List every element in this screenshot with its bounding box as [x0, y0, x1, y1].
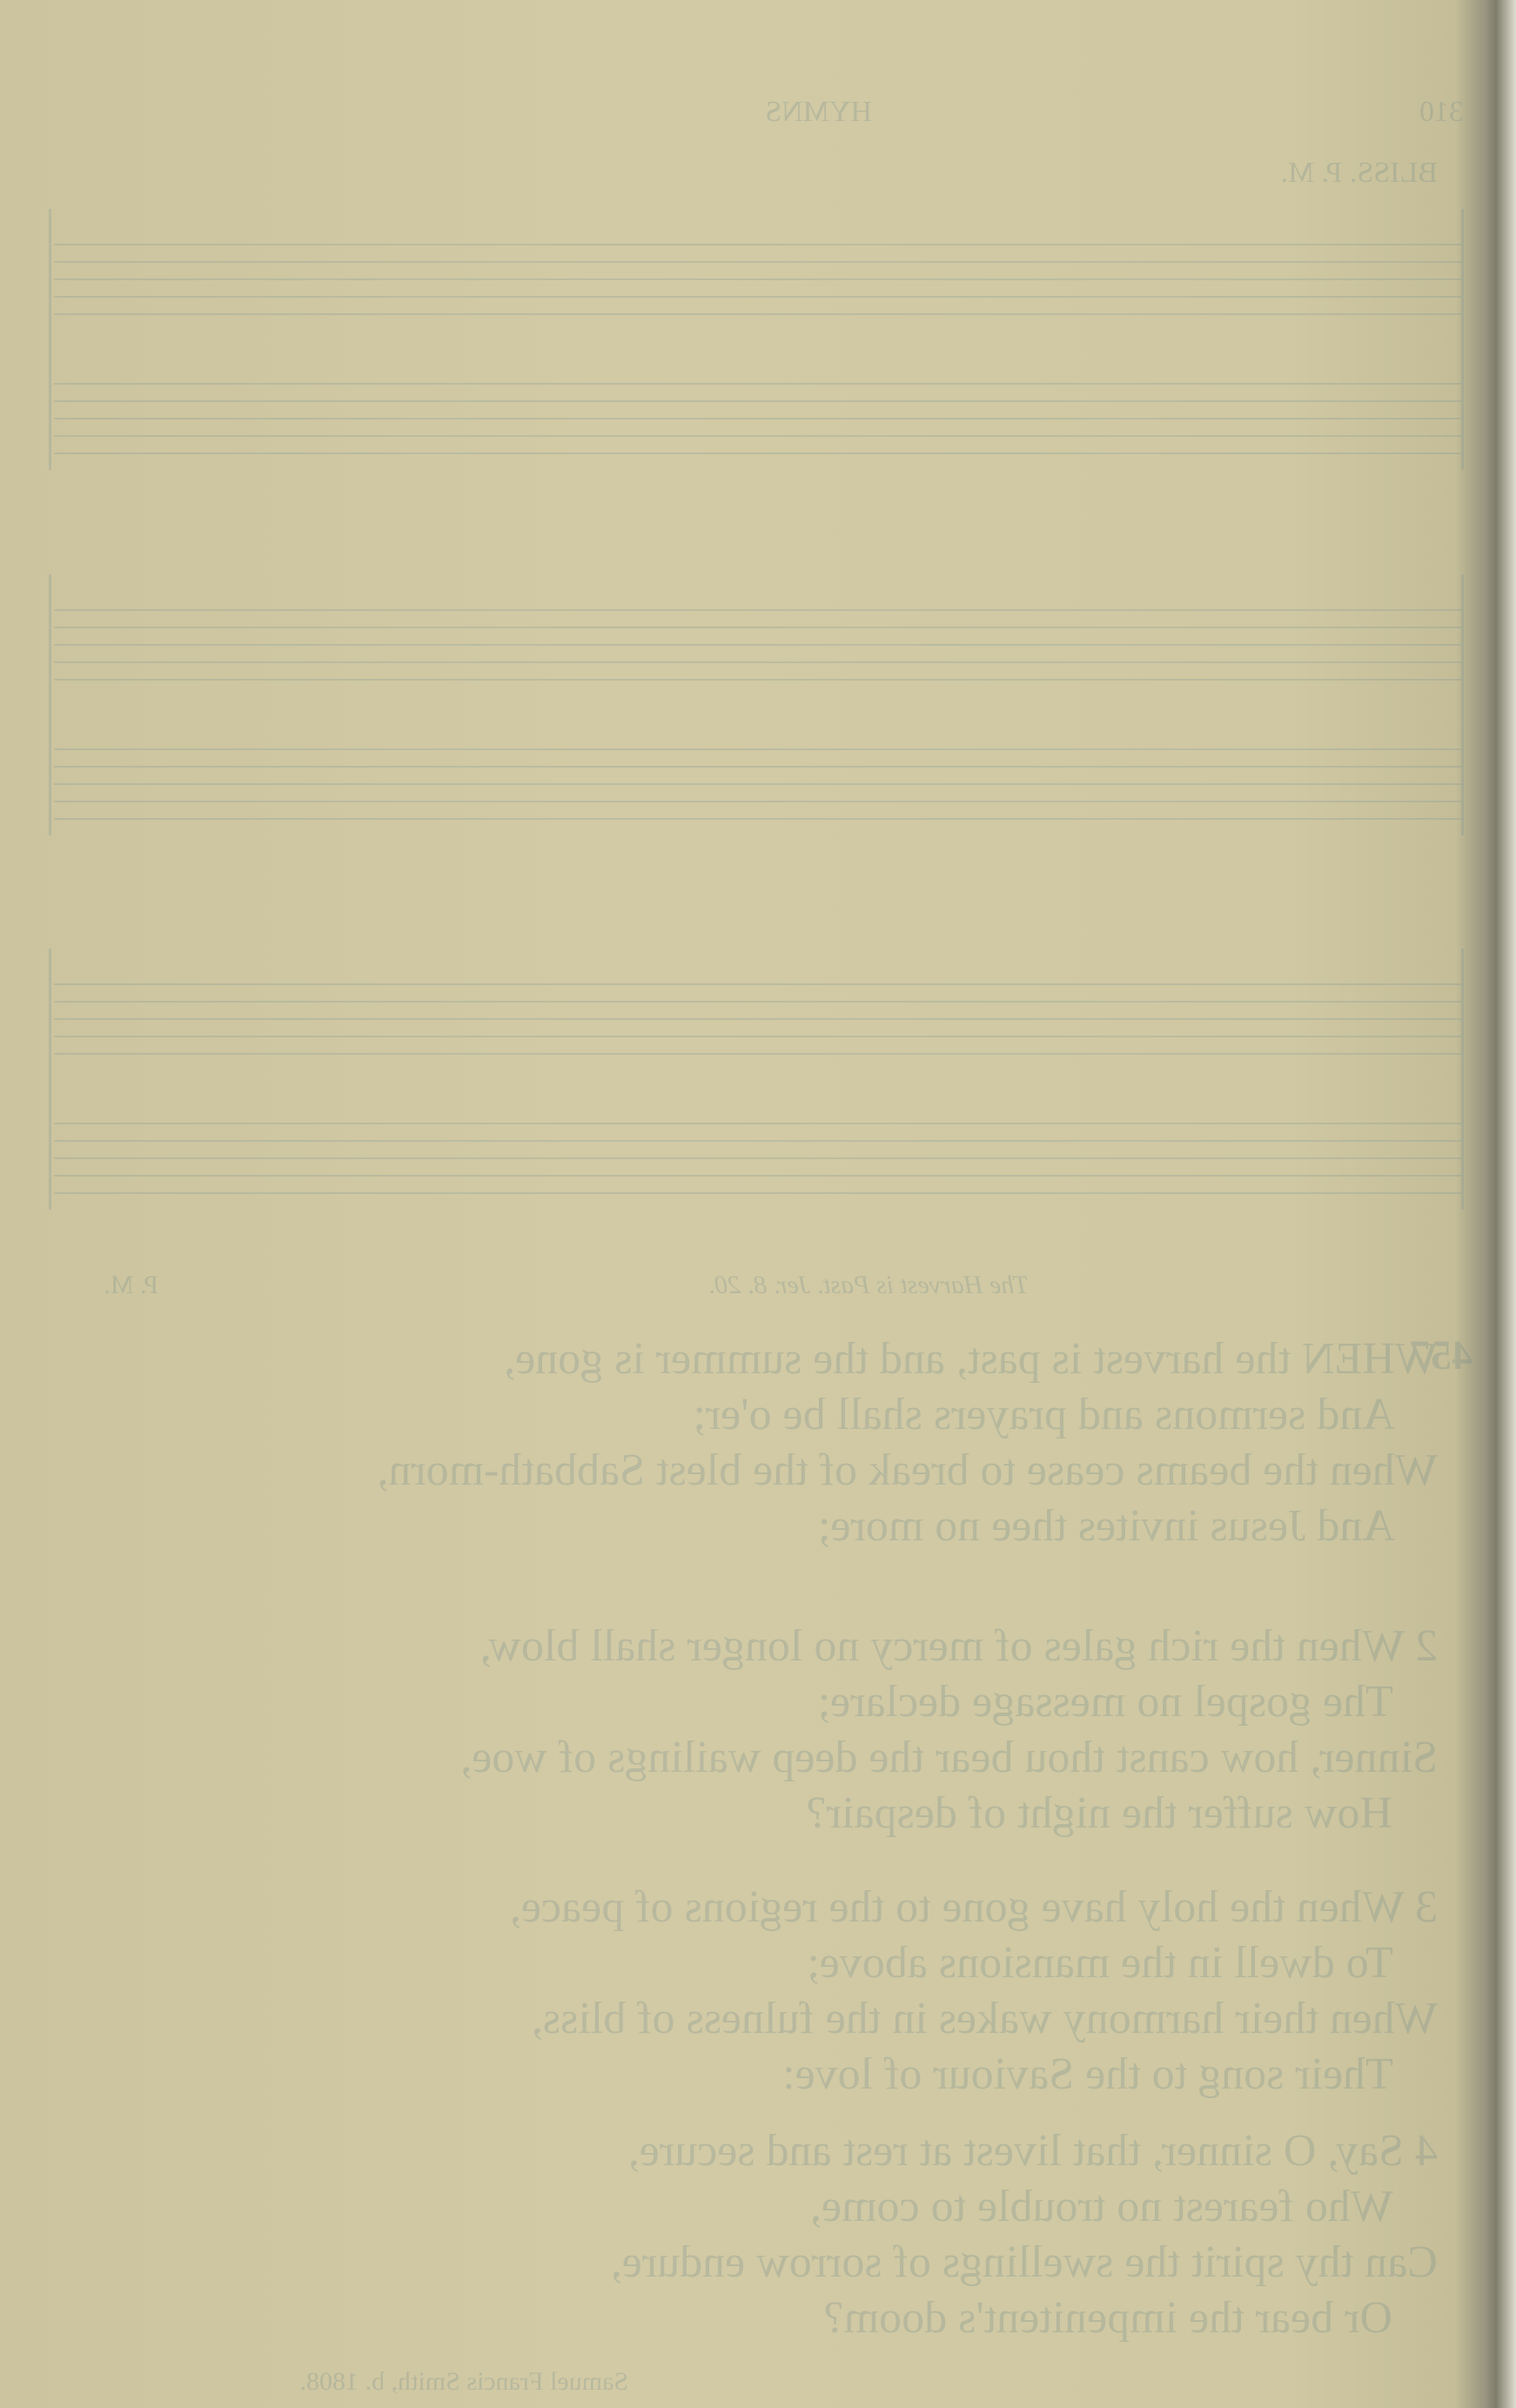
bleed-running-head: HYMNS: [765, 96, 872, 129]
bleed-verse-1: WHEN the harvest is past, and the summer…: [89, 1331, 1438, 1554]
music-system-1: [49, 209, 1464, 470]
bleed-verse-3: 3 When the holy have gone to the regions…: [89, 1880, 1438, 2103]
bleed-through-reverse: 310 HYMNS BLISS. P. M. The Harvest is Pa…: [0, 0, 1516, 2408]
bleed-verse-4: 4 Say, O sinner, that livest at rest and…: [89, 2123, 1438, 2346]
scanned-page: 310 HYMNS BLISS. P. M. The Harvest is Pa…: [0, 0, 1516, 2408]
bleed-page-number: 310: [1419, 96, 1464, 129]
music-system-3: [49, 949, 1464, 1210]
bleed-tune-caption: The Harvest is Past. Jer. 8. 20.: [708, 1271, 1029, 1300]
bleed-tune-header: BLISS. P. M.: [1281, 157, 1438, 190]
bleed-verse-2: 2 When the rich gales of mercy no longer…: [89, 1619, 1438, 1841]
bleed-author: Samuel Francis Smith, b. 1808.: [300, 2367, 629, 2397]
bleed-meter: P. M.: [104, 1271, 158, 1300]
music-system-2: [49, 574, 1464, 835]
page-edge-shadow: [1483, 0, 1516, 2408]
